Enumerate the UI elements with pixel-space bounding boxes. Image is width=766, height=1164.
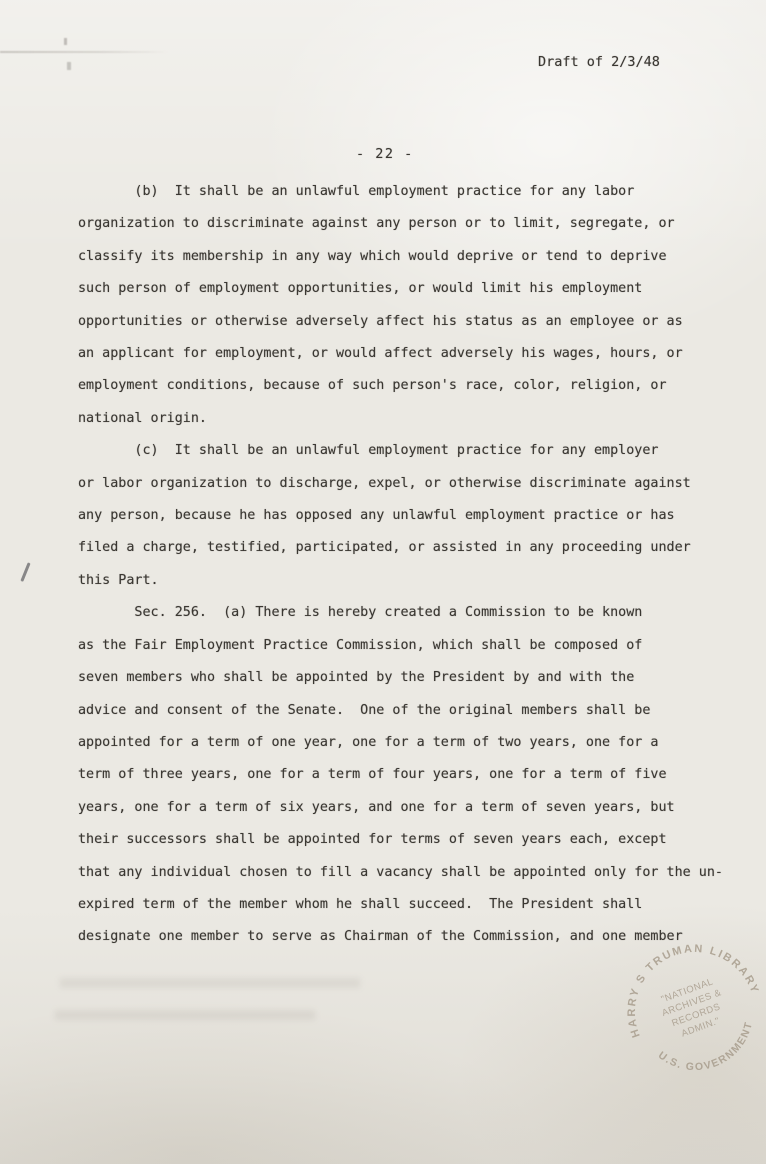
document-body-text: (b) It shall be an unlawful employment p… (78, 176, 766, 954)
paper-crease (0, 51, 168, 53)
paper-speck (67, 62, 71, 70)
draft-date-label: Draft of 2/3/48 (538, 54, 660, 70)
page-number: - 22 - (356, 146, 414, 162)
scanned-document-page: Draft of 2/3/48 - 22 - (b) It shall be a… (0, 0, 766, 1164)
ink-bleed-through (55, 1010, 315, 1020)
ink-bleed-through (60, 978, 360, 988)
paper-speck (64, 38, 67, 45)
pen-mark (20, 562, 30, 581)
